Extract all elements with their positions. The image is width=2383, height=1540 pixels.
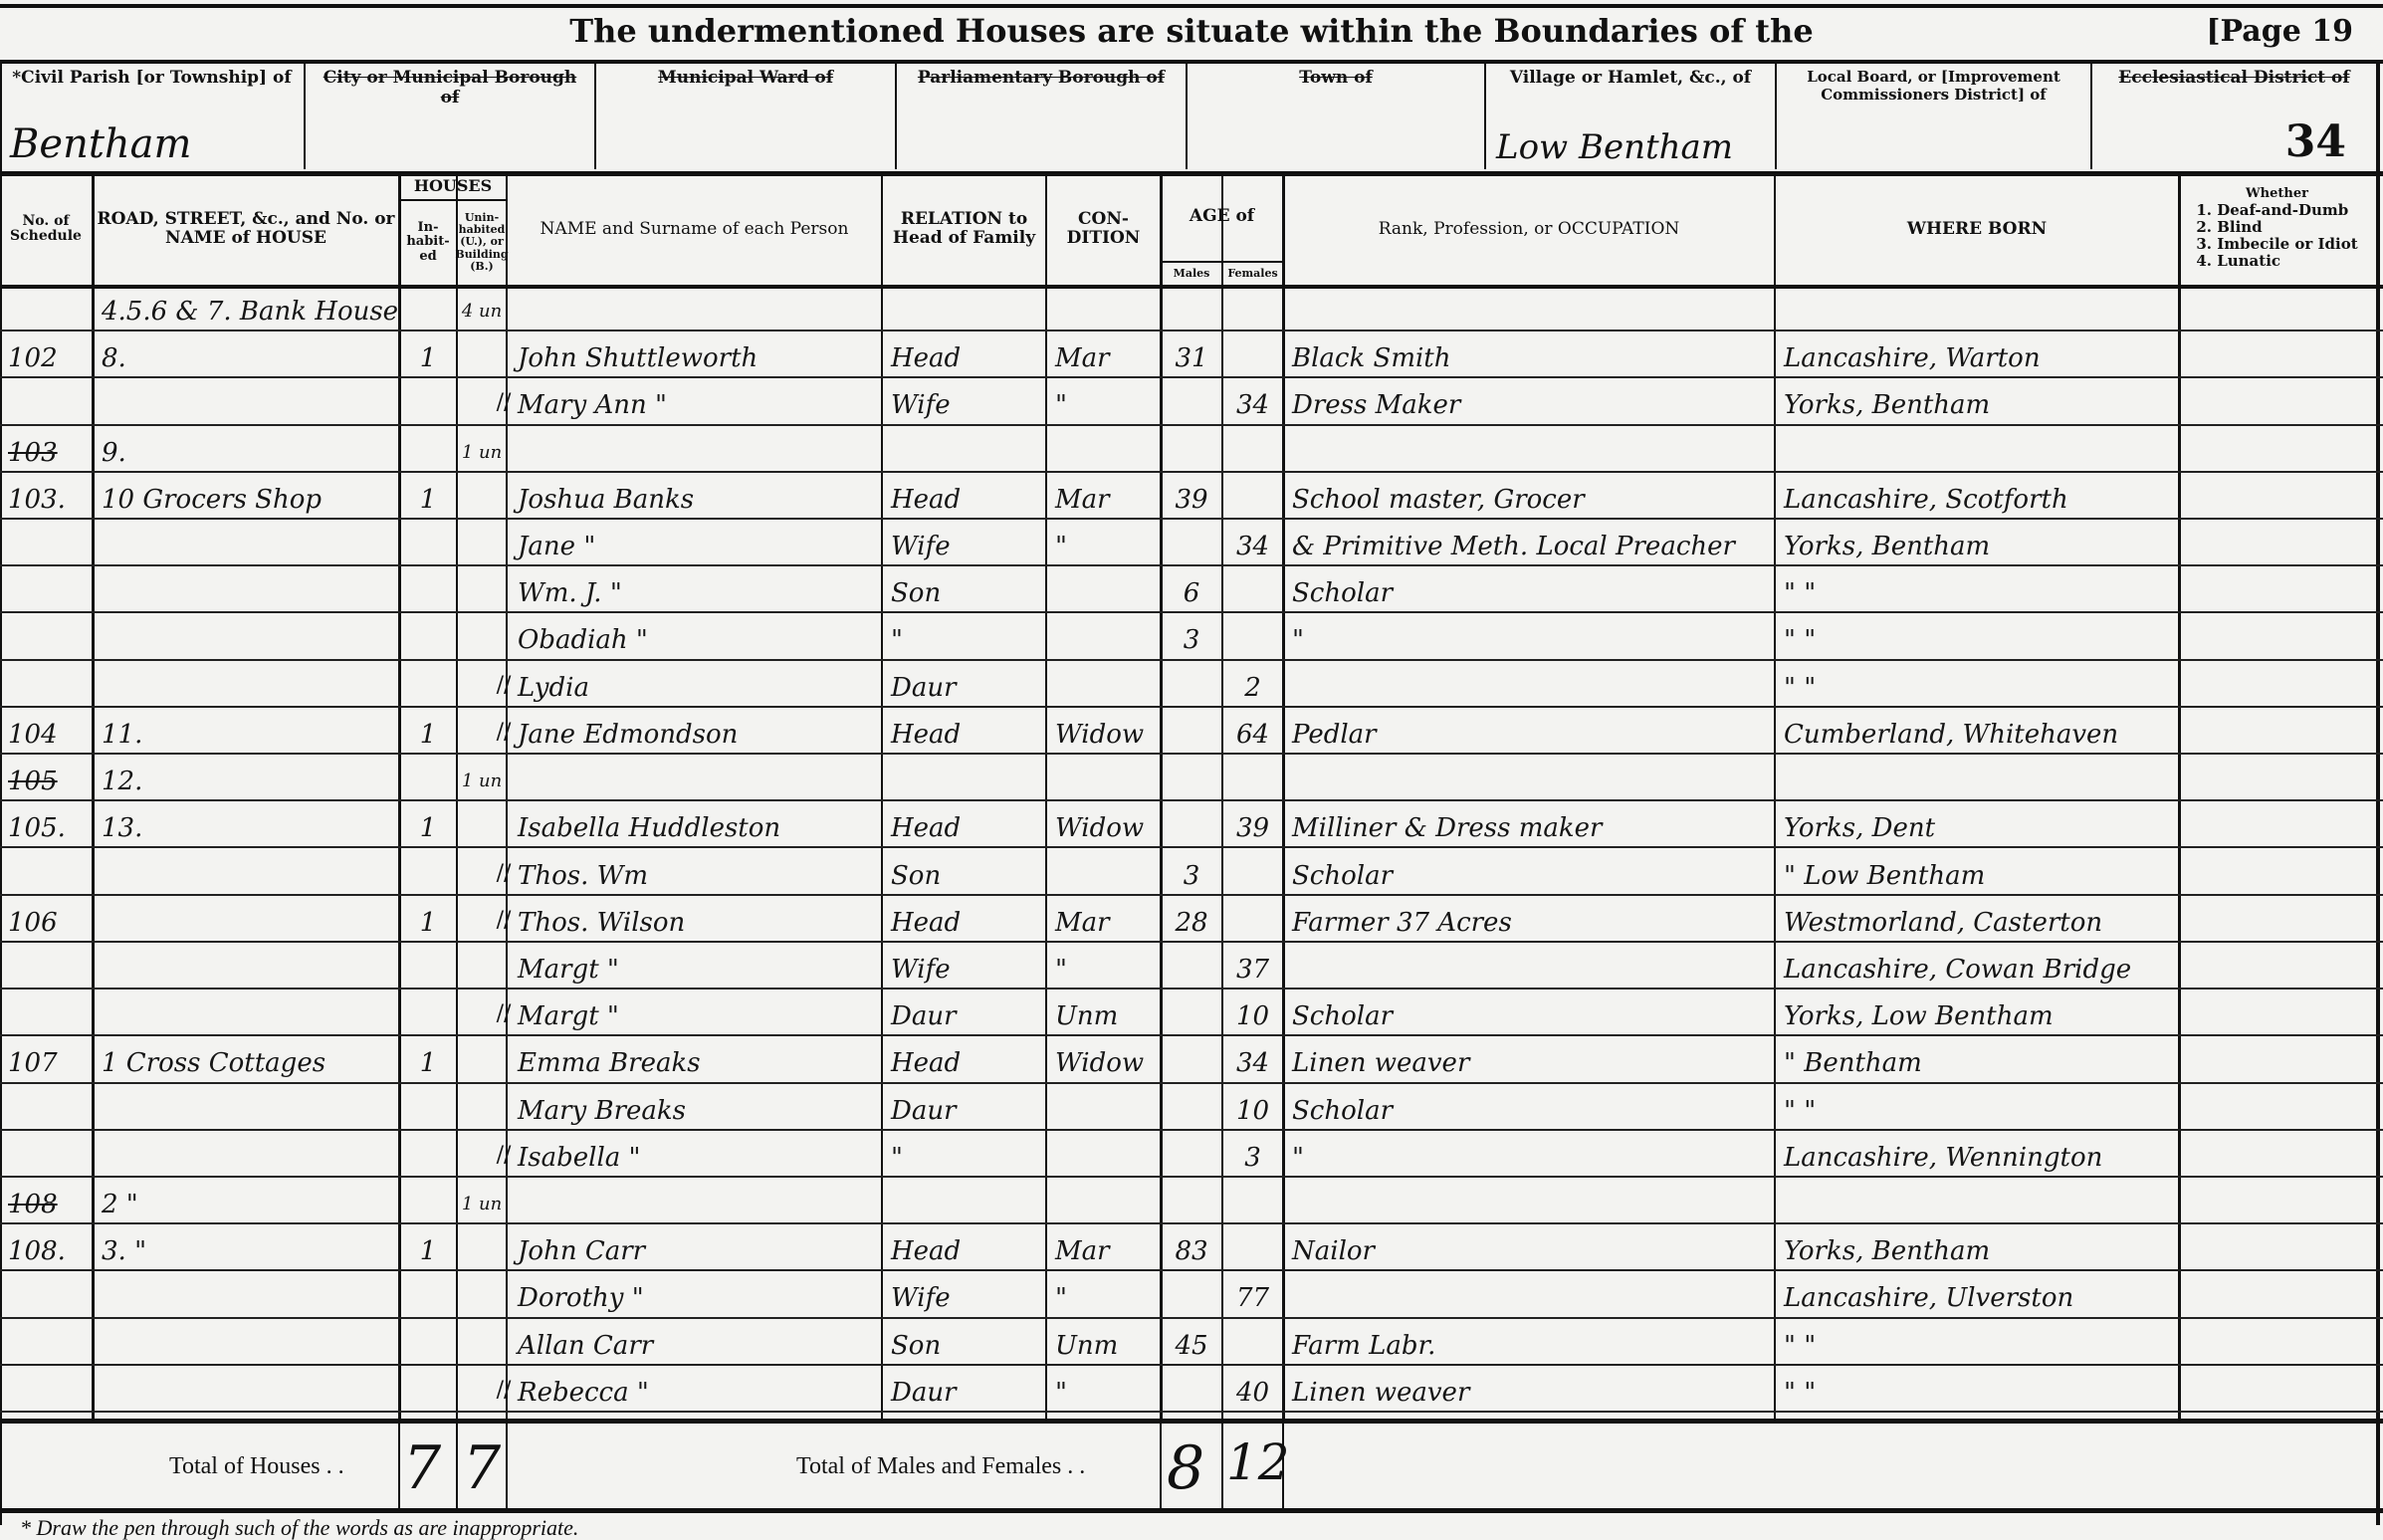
- infirmity-option: 2. Blind: [2196, 219, 2357, 236]
- row-rule: [0, 799, 2383, 801]
- locality-label: *Civil Parish [or Township] of: [6, 68, 298, 88]
- col-road: ROAD, STREET, &c., and No. or NAME of HO…: [94, 174, 398, 284]
- row-rule: [0, 988, 2383, 990]
- row-rule: [0, 1364, 2383, 1366]
- divider: [398, 1424, 400, 1508]
- col-name: NAME and Surname of each Person: [508, 174, 881, 284]
- infirmity-options: 1. Deaf-and-Dumb2. Blind3. Imbecile or I…: [2196, 202, 2357, 271]
- total-females: 12: [1226, 1433, 1290, 1491]
- divider: [1282, 1424, 1284, 1508]
- row-rule: [0, 518, 2383, 520]
- footnote: * Draw the pen through such of the words…: [20, 1515, 578, 1540]
- page-number: [Page 19: [2206, 14, 2353, 49]
- table-row: 105.13.1Isabella HuddlestonHeadWidow39Mi…: [0, 807, 2383, 854]
- row-rule: [0, 1317, 2383, 1319]
- divider: [1221, 1424, 1223, 1508]
- total-males: 8: [1167, 1433, 1204, 1503]
- infirmity-option: 1. Deaf-and-Dumb: [2196, 202, 2357, 219]
- totals-bottom-border: [0, 1508, 2383, 1513]
- locality-label: Municipal Ward of: [602, 68, 889, 88]
- row-rule: [0, 846, 2383, 848]
- locality-label: Town of: [1193, 68, 1478, 88]
- locality-label: Local Board, or [Improvement Commissione…: [1783, 68, 2084, 104]
- locality-municipal-borough: City or Municipal Borough of: [306, 62, 594, 169]
- table-row: //Rebecca "Daur"40Linen weaver" ": [0, 1372, 2383, 1419]
- row-rule: [0, 941, 2383, 943]
- col-males: Males: [1162, 263, 1221, 285]
- col-inhabited: In-habit-ed: [400, 201, 456, 284]
- table-row: 4.5.6 & 7. Bank House4 un: [0, 291, 2383, 337]
- table-row: 10512.1 un: [0, 761, 2383, 807]
- table-row: Wm. J. "Son6Scholar" ": [0, 572, 2383, 619]
- table-row: 103.10 Grocers Shop1Joshua BanksHeadMar3…: [0, 479, 2383, 526]
- locality-civil-parish: *Civil Parish [or Township] of Bentham: [0, 62, 304, 169]
- locality-ecclesiastical-district: Ecclesiastical District of 34: [2092, 62, 2376, 169]
- row-rule: [0, 1034, 2383, 1036]
- total-persons-label: Total of Males and Females . .: [796, 1453, 1085, 1480]
- table-row: 10411.1//Jane EdmondsonHeadWidow64Pedlar…: [0, 714, 2383, 761]
- page-title: The undermentioned Houses are situate wi…: [0, 12, 2383, 50]
- col-infirmity: Whether 1. Deaf-and-Dumb2. Blind3. Imbec…: [2180, 174, 2374, 284]
- table-row: //Thos. WmSon3Scholar" Low Bentham: [0, 855, 2383, 902]
- table-row: //Isabella ""3"Lancashire, Wennington: [0, 1137, 2383, 1184]
- infirmity-option: 3. Imbecile or Idiot: [2196, 236, 2357, 253]
- row-rule: [0, 894, 2383, 896]
- divider: [456, 1424, 458, 1508]
- row-rule: [0, 753, 2383, 755]
- row-rule: [0, 659, 2383, 661]
- row-rule: [0, 706, 2383, 708]
- total-inhabited: 7: [403, 1433, 441, 1503]
- row-rule: [0, 1129, 2383, 1131]
- row-rule: [0, 1269, 2383, 1271]
- table-row: //LydiaDaur2" ": [0, 667, 2383, 714]
- locality-label: Ecclesiastical District of: [2098, 68, 2370, 88]
- locality-value: Low Bentham: [1486, 127, 1775, 167]
- col-uninhabited: Unin-habited (U.), or Building (B.): [458, 201, 506, 284]
- table-row: 1028.1John ShuttleworthHeadMar31Black Sm…: [0, 337, 2383, 384]
- table-row: Dorothy "Wife"77Lancashire, Ulverston: [0, 1277, 2383, 1324]
- row-rule: [0, 1082, 2383, 1084]
- divider: [1160, 1424, 1162, 1508]
- row-rule: [0, 564, 2383, 566]
- row-rule: [0, 611, 2383, 613]
- table-row: 108.3. "1John CarrHeadMar83NailorYorks, …: [0, 1230, 2383, 1277]
- table-row: Jane "Wife"34& Primitive Meth. Local Pre…: [0, 526, 2383, 572]
- locality-label: Village or Hamlet, &c., of: [1492, 68, 1769, 88]
- locality-value: Bentham: [0, 121, 304, 167]
- table-row: 1071 Cross Cottages1Emma BreaksHeadWidow…: [0, 1042, 2383, 1089]
- locality-label: City or Municipal Borough of: [312, 68, 588, 108]
- row-rule: [0, 330, 2383, 331]
- locality-municipal-ward: Municipal Ward of: [596, 62, 895, 169]
- locality-value: 34: [2092, 116, 2376, 167]
- col-occupation: Rank, Profession, or OCCUPATION: [1284, 174, 1774, 284]
- col-schedule: No. of Schedule: [0, 174, 92, 284]
- row-rule: [0, 376, 2383, 378]
- infirmity-option: 4. Lunatic: [2196, 253, 2357, 270]
- census-page: The undermentioned Houses are situate wi…: [0, 0, 2383, 1540]
- col-condition: CON-DITION: [1047, 174, 1160, 284]
- total-houses-label: Total of Houses . .: [169, 1453, 344, 1480]
- divider: [506, 1424, 508, 1508]
- row-rule: [0, 424, 2383, 426]
- col-relation: RELATION to Head of Family: [883, 174, 1045, 284]
- locality-label: Parliamentary Borough of: [903, 68, 1180, 88]
- table-row: Obadiah ""3"" ": [0, 619, 2383, 666]
- table-row: Allan CarrSonUnm45Farm Labr." ": [0, 1325, 2383, 1372]
- row-rule: [0, 1411, 2383, 1413]
- locality-parliamentary-borough: Parliamentary Borough of: [897, 62, 1186, 169]
- header-bottom-border: [0, 285, 2383, 289]
- col-where-born: WHERE BORN: [1776, 174, 2178, 284]
- table-row: //Mary Ann "Wife"34Dress MakerYorks, Ben…: [0, 384, 2383, 431]
- table-row: 1061//Thos. WilsonHeadMar28Farmer 37 Acr…: [0, 902, 2383, 949]
- locality-village: Village or Hamlet, &c., of Low Bentham: [1486, 62, 1775, 169]
- col-females: Females: [1223, 263, 1282, 285]
- row-rule: [0, 1222, 2383, 1224]
- locality-town: Town of: [1188, 62, 1484, 169]
- locality-local-board: Local Board, or [Improvement Commissione…: [1777, 62, 2090, 169]
- totals-top-border: [0, 1419, 2383, 1424]
- col-houses: HOUSES: [400, 174, 506, 198]
- table-row: Margt "Wife"37Lancashire, Cowan Bridge: [0, 949, 2383, 995]
- infirmity-title: Whether: [2246, 187, 2308, 201]
- table-row: 1082 "1 un: [0, 1184, 2383, 1230]
- total-uninhabited: 7: [463, 1433, 501, 1503]
- table-row: //Margt "DaurUnm10ScholarYorks, Low Bent…: [0, 995, 2383, 1042]
- table-row: Mary BreaksDaur10Scholar" ": [0, 1090, 2383, 1137]
- row-rule: [0, 1176, 2383, 1178]
- top-border: [0, 4, 2383, 8]
- table-row: 1039.1 un: [0, 432, 2383, 479]
- row-rule: [0, 471, 2383, 473]
